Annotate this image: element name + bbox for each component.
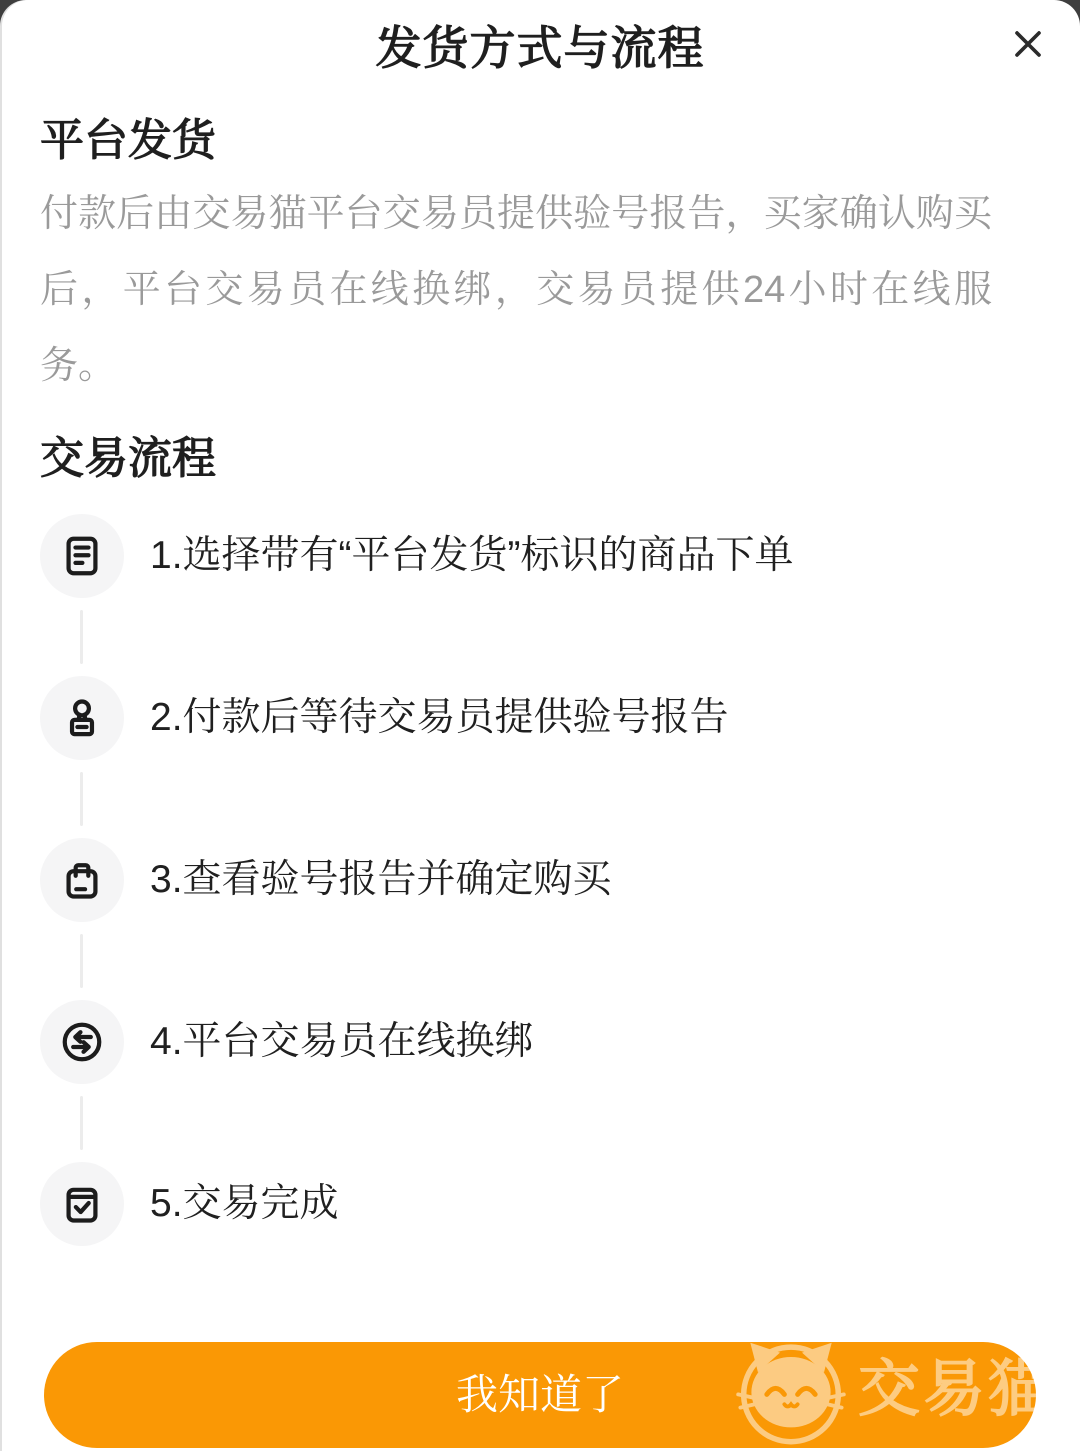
step-row-4: 4.平台交易员在线换绑 bbox=[40, 1000, 1040, 1084]
step-connector bbox=[80, 610, 83, 664]
step-connector bbox=[80, 1096, 83, 1150]
step-row-3: 3.查看验号报告并确定购买 bbox=[40, 838, 1040, 922]
modal-content: 平台发货 付款后由交易猫平台交易员提供验号报告，买家确认购买后，平台交易员在线换… bbox=[0, 116, 1080, 1246]
transaction-steps-list: 1.选择带有“平台发货”标识的商品下单 2.付款后等待交易员提供验号报告 bbox=[40, 514, 1040, 1246]
platform-delivery-description: 付款后由交易猫平台交易员提供验号报告，买家确认购买后，平台交易员在线换绑，交易员… bbox=[40, 176, 992, 404]
close-icon bbox=[1006, 22, 1050, 66]
modal-title: 发货方式与流程 bbox=[0, 0, 1080, 74]
step-connector bbox=[80, 934, 83, 988]
step-connector bbox=[80, 772, 83, 826]
close-button[interactable] bbox=[1002, 18, 1054, 70]
step-row-1: 1.选择带有“平台发货”标识的商品下单 bbox=[40, 514, 1040, 598]
section-heading-platform-delivery: 平台发货 bbox=[40, 116, 1040, 166]
step-label: 2.付款后等待交易员提供验号报告 bbox=[150, 693, 729, 743]
step-label: 5.交易完成 bbox=[150, 1179, 339, 1229]
check-box-icon bbox=[40, 1162, 124, 1246]
step-label: 1.选择带有“平台发货”标识的商品下单 bbox=[150, 531, 794, 581]
step-label: 4.平台交易员在线换绑 bbox=[150, 1017, 534, 1067]
swap-icon bbox=[40, 1000, 124, 1084]
confirm-button[interactable]: 我知道了 bbox=[44, 1342, 1036, 1448]
step-label: 3.查看验号报告并确定购买 bbox=[150, 855, 612, 905]
document-icon bbox=[40, 514, 124, 598]
section-heading-transaction-process: 交易流程 bbox=[40, 434, 1040, 484]
shipping-method-modal: 发货方式与流程 平台发货 付款后由交易猫平台交易员提供验号报告，买家确认购买后，… bbox=[0, 0, 1080, 1451]
step-row-2: 2.付款后等待交易员提供验号报告 bbox=[40, 676, 1040, 760]
step-row-5: 5.交易完成 bbox=[40, 1162, 1040, 1246]
stamp-icon bbox=[40, 676, 124, 760]
bag-icon bbox=[40, 838, 124, 922]
